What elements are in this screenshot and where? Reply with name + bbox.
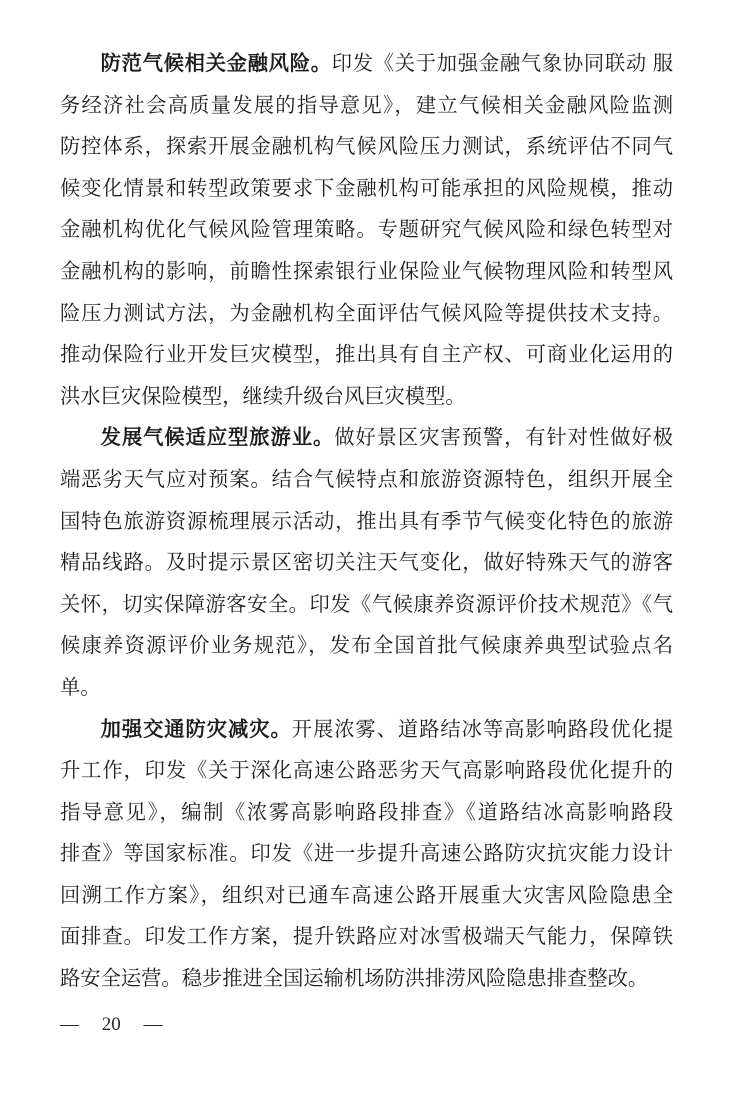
paragraph-lead: 发展气候适应型旅游业。 [101,427,335,449]
footer-dash-left: — [60,1012,79,1038]
footer-dash-right: — [144,1012,163,1038]
paragraph-line: 回溯工作方案》，组织对已通车高速公路开展重大灾害风险隐患全 [60,876,673,918]
paragraph-line: 关怀，切实保障游客安全。印发《气候康养资源评价技术规范》《气 [60,585,673,627]
paragraph-lead: 加强交通防灾减灾。 [101,719,292,741]
paragraph: 防范气候相关金融风险。印发《关于加强金融气象协同联动 服 务经济社会高质量发展的… [60,44,673,418]
paragraph-line: 路安全运营。稳步推进全国运输机场防洪排涝风险隐患排查整改。 [60,959,673,1001]
document-page: 防范气候相关金融风险。印发《关于加强金融气象协同联动 服 务经济社会高质量发展的… [0,0,733,1097]
paragraph-line: 国特色旅游资源梳理展示活动，推出具有季节气候变化特色的旅游 [60,502,673,544]
paragraph-lead-rest: 做好景区灾害预警，有针对性做好极 [334,427,673,449]
paragraph-line: 险压力测试方法，为金融机构全面评估气候风险等提供技术支持。 [60,294,673,336]
page-number: 20 [102,1012,121,1038]
paragraph-lead-rest: 开展浓雾、道路结冰等高影响路段优化提 [292,719,673,741]
paragraph-line: 指导意见》，编制《浓雾高影响路段排查》《道路结冰高影响路段 [60,793,673,835]
paragraph-line: 精品线路。及时提示景区密切关注天气变化，做好特殊天气的游客 [60,543,673,585]
paragraph: 加强交通防灾减灾。开展浓雾、道路结冰等高影响路段优化提 升工作，印发《关于深化高… [60,710,673,1001]
paragraph-line: 防控体系，探索开展金融机构气候风险压力测试，系统评估不同气 [60,127,673,169]
paragraph-line: 排查》等国家标准。印发《进一步提升高速公路防灾抗灾能力设计 [60,834,673,876]
paragraph-lead-rest: 印发《关于加强金融气象协同联动 服 [332,53,673,75]
paragraph-first-line: 发展气候适应型旅游业。做好景区灾害预警，有针对性做好极 [60,418,673,460]
document-body: 防范气候相关金融风险。印发《关于加强金融气象协同联动 服 务经济社会高质量发展的… [60,44,673,1001]
paragraph-line: 候变化情景和转型政策要求下金融机构可能承担的风险规模，推动 [60,169,673,211]
paragraph-first-line: 防范气候相关金融风险。印发《关于加强金融气象协同联动 服 [60,44,673,86]
page-footer: — 20 — [60,1012,163,1038]
paragraph-line: 升工作，印发《关于深化高速公路恶劣天气高影响路段优化提升的 [60,751,673,793]
paragraph-line: 洪水巨灾保险模型，继续升级台风巨灾模型。 [60,377,673,419]
paragraph-line: 务经济社会高质量发展的指导意见》，建立气候相关金融风险监测 [60,86,673,128]
paragraph-line: 单。 [60,668,673,710]
paragraph-line: 金融机构的影响，前瞻性探索银行业保险业气候物理风险和转型风 [60,252,673,294]
paragraph-line: 金融机构优化气候风险管理策略。专题研究气候风险和绿色转型对 [60,210,673,252]
paragraph: 发展气候适应型旅游业。做好景区灾害预警，有针对性做好极 端恶劣天气应对预案。结合… [60,418,673,709]
paragraph-line: 面排查。印发工作方案，提升铁路应对冰雪极端天气能力，保障铁 [60,917,673,959]
paragraph-line: 端恶劣天气应对预案。结合气候特点和旅游资源特色，组织开展全 [60,460,673,502]
paragraph-lead: 防范气候相关金融风险。 [101,53,332,75]
paragraph-first-line: 加强交通防灾减灾。开展浓雾、道路结冰等高影响路段优化提 [60,710,673,752]
paragraph-line: 推动保险行业开发巨灾模型，推出具有自主产权、可商业化运用的 [60,335,673,377]
paragraph-line: 候康养资源评价业务规范》，发布全国首批气候康养典型试验点名 [60,626,673,668]
